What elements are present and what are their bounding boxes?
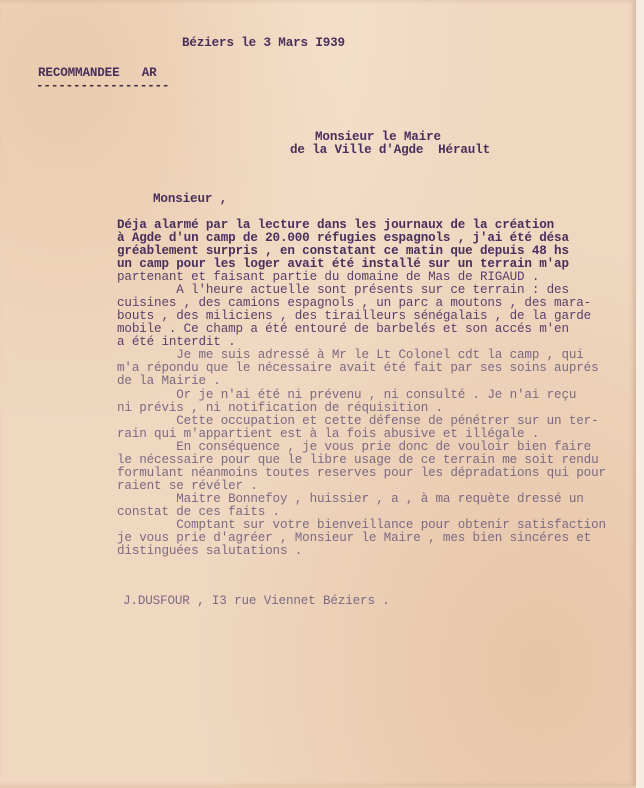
salutation: Monsieur , [153, 193, 227, 206]
page-edge [636, 0, 644, 788]
signature-line: J.DUSFOUR , I3 rue Viennet Béziers . [123, 595, 390, 608]
registered-underline: ------------------ [36, 80, 169, 93]
letter-page: Béziers le 3 Mars I939 RECOMMANDEE AR --… [0, 0, 636, 786]
body-line: distinguées salutations . [117, 545, 302, 558]
date-line: Béziers le 3 Mars I939 [182, 37, 345, 50]
body-line: de la Mairie . [117, 375, 221, 388]
recipient-line-2: de la Ville d'Agde Hérault [290, 144, 490, 157]
